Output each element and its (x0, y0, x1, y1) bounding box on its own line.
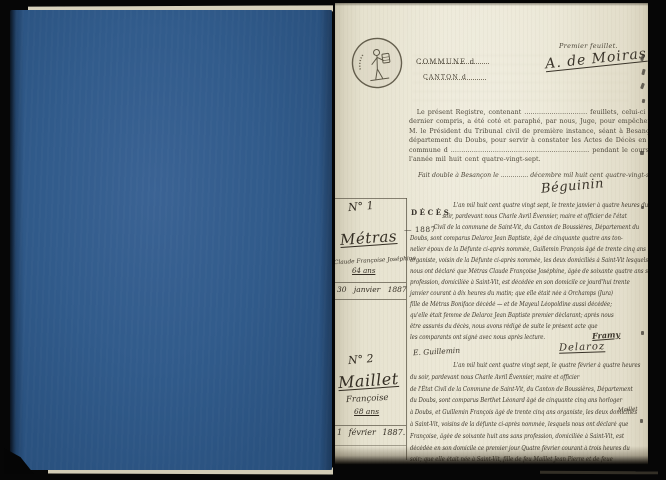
page-edge-mark (640, 419, 643, 423)
left-cover-page (10, 10, 332, 470)
act-1-date-box-top (335, 282, 406, 283)
act-2-margin-age: 68 ans (354, 407, 379, 416)
act-2-margin-name: Maillet (337, 369, 399, 392)
act-1-signature-main: Delaroz (559, 341, 606, 354)
act-1-text: L'an mil huit cent quatre vingt sept, le… (410, 200, 648, 343)
official-seal-icon (347, 33, 408, 94)
act-1-margin-date: 30 janvier 1887 (337, 285, 407, 294)
act-2-number: N° 2 (347, 352, 374, 367)
page-edge-mark (642, 99, 646, 103)
preamble-text: Le présent Registre, contenant .........… (409, 108, 648, 164)
page-edge-mark (641, 69, 645, 76)
page-stack-strip (540, 471, 658, 475)
page-bottom-shadow (335, 446, 648, 465)
act-2-date-box-top (335, 425, 406, 426)
judge-signature: Béguinin (540, 176, 604, 196)
act-1-margin-age: 64 ans (352, 267, 375, 275)
page-edge-mark (641, 331, 644, 335)
act-2-margin-date: 1 février 1887. (337, 428, 405, 437)
page-edge-mark (641, 206, 644, 209)
act-1-number: N° 1 (347, 199, 374, 214)
photo-backdrop: COMMUNE d CANTON d Premier feuillet. A. … (0, 0, 666, 480)
act-1-signature-paraph: Framy (592, 329, 621, 341)
act-1-signature-witness: E. Guillemin (413, 346, 460, 357)
page-top-shadow (335, 3, 648, 6)
act-2-margin-given-names: Françoise (346, 393, 389, 405)
margin-divider-vertical (406, 198, 407, 460)
registry-page: COMMUNE d CANTON d Premier feuillet. A. … (335, 3, 648, 465)
act-1-date-box-bottom (335, 299, 406, 300)
fait-double-line: Fait double à Besançon le ..............… (418, 172, 648, 179)
page-edge-mark (640, 83, 645, 90)
act-1-margin-name: Métras (339, 227, 397, 249)
ink-bleedthrough (413, 55, 628, 103)
act-1-margin-given-names: Claude Françoise Joséphine (335, 256, 416, 266)
page-edge-mark (640, 151, 644, 155)
